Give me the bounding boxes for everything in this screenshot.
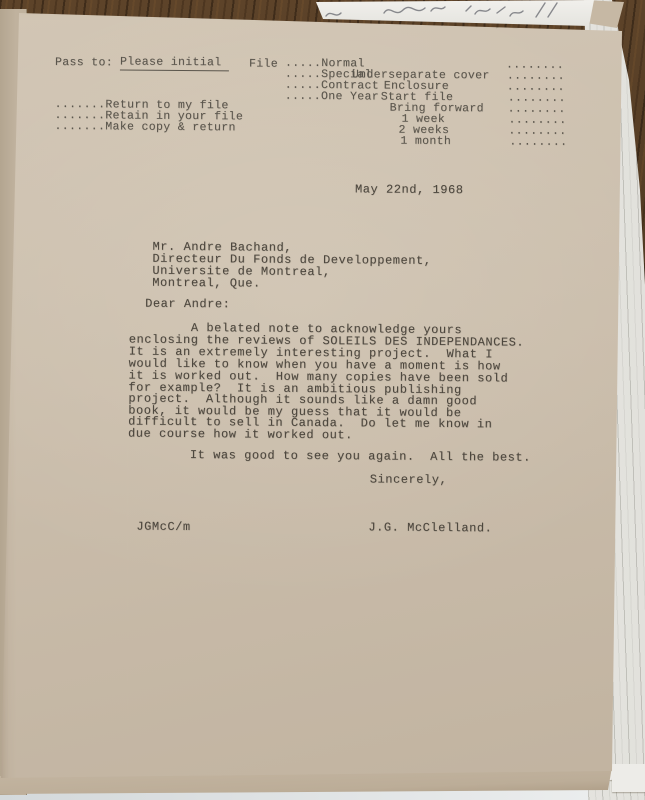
routing-action-return: .......Return to my file — [55, 99, 229, 112]
routing-pass-to-value: Please initial — [120, 56, 229, 71]
routing-modifier-cover: Underseparate cover — [352, 69, 490, 82]
closing-line: It was good to see you again. All the be… — [128, 449, 531, 464]
body-line: it is worked out. How many copies have b… — [128, 370, 508, 385]
routing-option-contract: .....Contract — [285, 80, 379, 93]
routing-action-retain: .......Retain in your file — [55, 110, 244, 123]
routing-file-label: File — [249, 58, 278, 70]
body-line: would like to know when you have a momen… — [129, 358, 501, 373]
body-line: project. Although it sounds like a damn … — [128, 393, 477, 408]
recipient-city: Montreal, Que. — [152, 277, 261, 290]
routing-option-normal: .....Normal — [285, 58, 365, 71]
body-line: for example? It is an ambitious publishi… — [128, 382, 461, 397]
recipient-name: Mr. Andre Bachand, — [152, 241, 292, 254]
routing-modifier-1-week: 1 week — [401, 114, 445, 126]
routing-modifier-bring-forward: Bring forward — [390, 103, 484, 116]
dot-leader-row: ........ — [509, 137, 567, 149]
dot-leader-row: ........ — [508, 104, 566, 116]
body-line: difficult to sell in Canada. Do let me k… — [128, 416, 492, 431]
routing-option-special: .....Special — [285, 69, 372, 82]
body-line: A belated note to acknowledge yours — [129, 322, 462, 337]
typist-initials: JGMcC/m — [136, 521, 190, 533]
dot-leader-row: ........ — [508, 93, 566, 105]
dot-leader-row: ........ — [506, 60, 564, 72]
recipient-org: Universite de Montreal, — [152, 265, 330, 278]
routing-option-one-year: .....One Year — [285, 91, 379, 104]
dot-leader-row: ........ — [508, 115, 566, 127]
body-line: enclosing the reviews of SOLEILS DES IND… — [129, 334, 524, 349]
dot-leader-row: ........ — [507, 71, 565, 83]
photo-letter-on-desk: Pass to: Please initial File .....Normal… — [0, 0, 645, 800]
body-line: It is an extremely interesting project. … — [129, 346, 493, 361]
paper-corner-step — [612, 778, 645, 792]
body-line: book, it would be my guess that it would… — [128, 405, 461, 420]
letter-sheet: Pass to: Please initial File .....Normal… — [0, 0, 645, 800]
routing-modifier-enclosure: Enclosure — [384, 81, 449, 94]
body-line: due course how it worked out. — [128, 428, 353, 442]
signature: J.G. McClelland. — [368, 521, 492, 534]
typed-text-layer: Pass to: Please initial File .....Normal… — [0, 0, 645, 800]
routing-action-copy: .......Make copy & return — [54, 121, 235, 134]
recipient-title: Directeur Du Fonds de Developpement, — [152, 253, 431, 267]
routing-modifier-2-weeks: 2 weeks — [398, 125, 449, 137]
routing-modifier-start-file: Start file — [381, 92, 454, 105]
routing-pass-to-label: Pass to: — [55, 57, 113, 69]
dot-leader-row: ........ — [508, 126, 566, 138]
valediction: Sincerely, — [370, 473, 448, 486]
salutation: Dear Andre: — [145, 298, 230, 311]
letter-date: May 22nd, 1968 — [355, 183, 464, 196]
dot-leader-row: ........ — [507, 82, 565, 94]
routing-modifier-1-month: 1 month — [400, 136, 451, 148]
